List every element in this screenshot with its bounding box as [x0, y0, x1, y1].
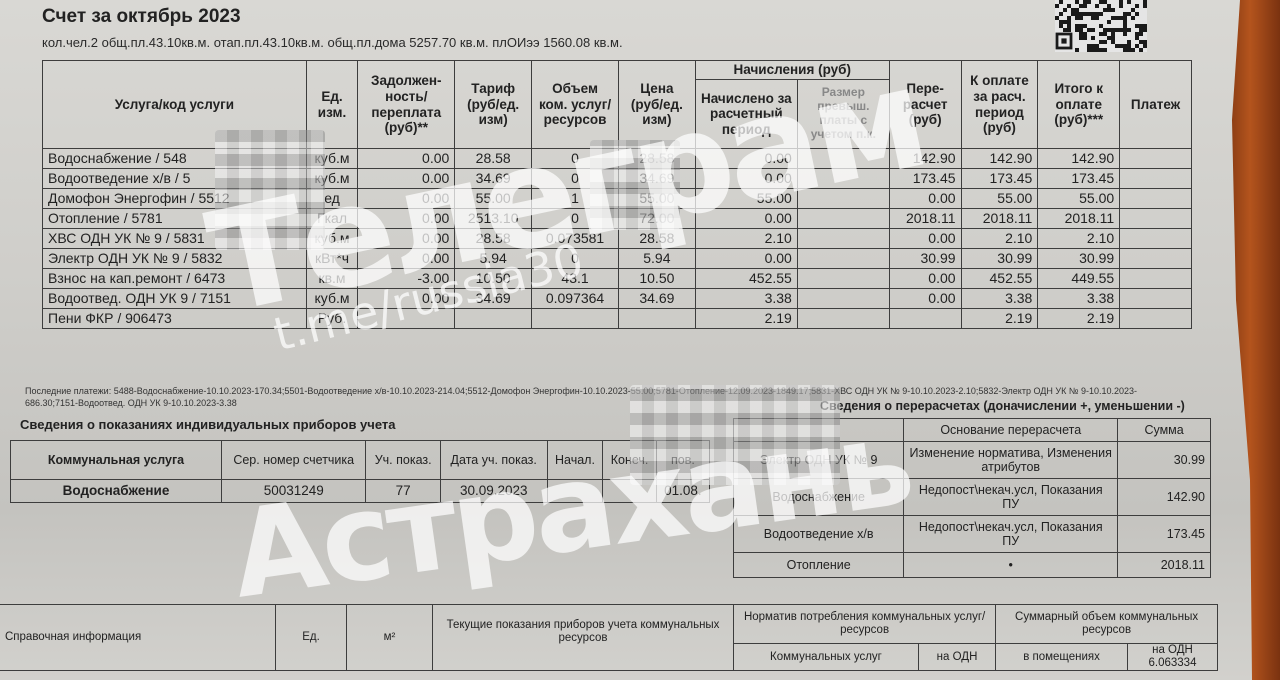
cell-payment — [1120, 149, 1192, 169]
privacy-blur — [590, 140, 680, 230]
cell-total: 2018.11 — [1038, 209, 1120, 229]
cell-payment — [1120, 309, 1192, 329]
cell-service: Водоотвед. ОДН УК 9 / 7151 — [43, 289, 307, 309]
ref-col-total-volume: Суммарный объем коммунальных ресурсов — [996, 605, 1218, 644]
cell-volume: 0.073581 — [532, 229, 619, 249]
col-payment: Платеж — [1120, 61, 1192, 149]
cell-excess — [797, 189, 889, 209]
cell-to-pay: 55.00 — [961, 189, 1038, 209]
cell-volume: 0 — [532, 249, 619, 269]
table-row: Отопление•2018.11 — [734, 553, 1211, 578]
cell-tariff: 2513.10 — [455, 209, 532, 229]
cell-tariff: 28.58 — [455, 229, 532, 249]
cell-charged: 0.00 — [695, 169, 797, 189]
ref-col-unit: Ед. — [276, 605, 347, 671]
cell-price: 5.94 — [618, 249, 695, 269]
cell-service: Взнос на кап.ремонт / 6473 — [43, 269, 307, 289]
cell-volume: 0.097364 — [532, 289, 619, 309]
cell-excess — [797, 269, 889, 289]
cell-to-pay: 142.90 — [961, 149, 1038, 169]
col-tariff: Тариф (руб/ед. изм) — [455, 61, 532, 149]
cell-charged: 2.10 — [695, 229, 797, 249]
cell-charged: 452.55 — [695, 269, 797, 289]
col-debt: Задолжен-ность/ переплата (руб)** — [358, 61, 455, 149]
cell-payment — [1120, 249, 1192, 269]
ref-norm-sub-2: на ОДН — [918, 644, 995, 671]
cell-total: 30.99 — [1038, 249, 1120, 269]
cell-total: 142.90 — [1038, 149, 1120, 169]
cell-to-pay: 2018.11 — [961, 209, 1038, 229]
cell-charged: 0.00 — [695, 249, 797, 269]
cell-charged: 0.00 — [695, 149, 797, 169]
bill-paper: Счет за октябрь 2023 кол.чел.2 общ.пл.43… — [0, 0, 1252, 680]
col-volume: Объем ком. услуг/ ресурсов — [532, 61, 619, 149]
cell-recalc: 30.99 — [889, 249, 961, 269]
reference-table: Справочная информация Ед. м² Текущие пок… — [0, 604, 1218, 671]
col-group-charges: Начисления (руб) — [695, 61, 889, 80]
cell-excess — [797, 169, 889, 189]
cell-excess — [797, 249, 889, 269]
cell-price: 28.58 — [618, 229, 695, 249]
cell-charged: 55.00 — [695, 189, 797, 209]
ref-total-sub-2: на ОДН6.063334 — [1127, 644, 1217, 671]
cell-tariff: 34.69 — [455, 169, 532, 189]
cell-charged: 2.19 — [695, 309, 797, 329]
cell-recalc: 0.00 — [889, 229, 961, 249]
cell-total: 3.38 — [1038, 289, 1120, 309]
recalc-title: Сведения о перерасчетах (доначислении +,… — [820, 399, 1185, 413]
cell-debt: 0.00 — [358, 209, 455, 229]
cell-payment — [1120, 269, 1192, 289]
recalc-cell-sum: 173.45 — [1118, 516, 1211, 553]
cell-service: Пени ФКР / 906473 — [43, 309, 307, 329]
cell-total: 55.00 — [1038, 189, 1120, 209]
meter-cell: 50031249 — [222, 480, 366, 503]
cell-payment — [1120, 189, 1192, 209]
cell-recalc: 2018.11 — [889, 209, 961, 229]
bill-subtitle: кол.чел.2 общ.пл.43.10кв.м. отап.пл.43.1… — [42, 35, 623, 50]
ref-odn-value: 6.063334 — [1149, 657, 1197, 669]
meter-col-0: Коммунальная услуга — [11, 441, 222, 480]
cell-to-pay: 452.55 — [961, 269, 1038, 289]
meter-col-4: Начал. — [547, 441, 603, 480]
cell-unit: кв.м — [306, 269, 358, 289]
cell-debt: 0.00 — [358, 149, 455, 169]
recalc-cell-service: Отопление — [734, 553, 904, 578]
recalc-cell-sum: 2018.11 — [1118, 553, 1211, 578]
cell-payment — [1120, 229, 1192, 249]
cell-to-pay: 30.99 — [961, 249, 1038, 269]
table-row: Электр ОДН УК № 9 / 5832кВт*ч0.005.9405.… — [43, 249, 1192, 269]
cell-recalc: 0.00 — [889, 189, 961, 209]
cell-recalc: 142.90 — [889, 149, 961, 169]
cell-excess — [797, 209, 889, 229]
qr-code-icon — [1055, 0, 1147, 52]
cell-tariff: 28.58 — [455, 149, 532, 169]
bill-title: Счет за октябрь 2023 — [42, 6, 241, 28]
cell-total: 2.19 — [1038, 309, 1120, 329]
cell-debt: 0.00 — [358, 249, 455, 269]
cell-debt: 0.00 — [358, 189, 455, 209]
ref-total-sub-1: в помещениях — [996, 644, 1128, 671]
meters-title: Сведения о показаниях индивидуальных при… — [20, 417, 395, 432]
cell-charged: 0.00 — [695, 209, 797, 229]
cell-volume: 43.1 — [532, 269, 619, 289]
cell-debt: 0.00 — [358, 289, 455, 309]
recalc-cell-reason: Недопост\некач.усл, Показания ПУ — [904, 479, 1118, 516]
recalc-cell-reason: Недопост\некач.усл, Показания ПУ — [904, 516, 1118, 553]
cell-to-pay: 3.38 — [961, 289, 1038, 309]
cell-price — [618, 309, 695, 329]
table-row: Взнос на кап.ремонт / 6473кв.м-3.0010.50… — [43, 269, 1192, 289]
cell-service: Электр ОДН УК № 9 / 5832 — [43, 249, 307, 269]
meter-col-3: Дата уч. показ. — [440, 441, 547, 480]
cell-tariff: 5.94 — [455, 249, 532, 269]
cell-debt: -3.00 — [358, 269, 455, 289]
col-recalc: Пере-расчет (руб) — [889, 61, 961, 149]
table-row: Водоснабжение500312497730.09.202301.08. — [11, 480, 710, 503]
cell-excess — [797, 229, 889, 249]
col-charged: Начислено за расчетный период — [695, 80, 797, 149]
recalc-cell-reason: Изменение норматива, Изменения атрибутов — [904, 442, 1118, 479]
col-to-pay: К оплате за расч. период (руб) — [961, 61, 1038, 149]
cell-unit: Руб. — [306, 309, 358, 329]
recalc-col-1: Основание перерасчета — [904, 419, 1118, 442]
cell-tariff — [455, 309, 532, 329]
cell-excess — [797, 289, 889, 309]
col-total: Итого к оплате (руб)*** — [1038, 61, 1120, 149]
recalc-cell-service: Водоотведение х/в — [734, 516, 904, 553]
cell-price: 10.50 — [618, 269, 695, 289]
meter-cell: 77 — [366, 480, 440, 503]
ref-col-norm: Норматив потребления коммунальных услуг/… — [734, 605, 996, 644]
privacy-blur — [215, 130, 325, 250]
cell-total: 2.10 — [1038, 229, 1120, 249]
recalc-cell-sum: 142.90 — [1118, 479, 1211, 516]
cell-total: 449.55 — [1038, 269, 1120, 289]
cell-tariff: 34.69 — [455, 289, 532, 309]
cell-recalc: 173.45 — [889, 169, 961, 189]
cell-to-pay: 173.45 — [961, 169, 1038, 189]
cell-excess — [797, 149, 889, 169]
cell-price: 34.69 — [618, 289, 695, 309]
ref-col-current-readings: Текущие показания приборов учета коммуна… — [433, 605, 734, 671]
col-excess: Размер превыш. платы с учетом п.к. — [797, 80, 889, 149]
table-row: Водоотвед. ОДН УК 9 / 7151куб.м0.0034.69… — [43, 289, 1192, 309]
recalc-cell-sum: 30.99 — [1118, 442, 1211, 479]
cell-to-pay: 2.19 — [961, 309, 1038, 329]
meter-col-2: Уч. показ. — [366, 441, 440, 480]
cell-debt — [358, 309, 455, 329]
cell-tariff: 10.50 — [455, 269, 532, 289]
cell-recalc: 0.00 — [889, 269, 961, 289]
recalc-col-2: Сумма — [1118, 419, 1211, 442]
ref-col-3: м² — [347, 605, 433, 671]
cell-payment — [1120, 289, 1192, 309]
cell-charged: 3.38 — [695, 289, 797, 309]
reference-title: Справочная информация — [5, 631, 141, 643]
recalc-cell-reason: • — [904, 553, 1118, 578]
meter-cell: 30.09.2023 — [440, 480, 547, 503]
cell-payment — [1120, 209, 1192, 229]
cell-excess — [797, 309, 889, 329]
cell-debt: 0.00 — [358, 229, 455, 249]
meter-col-1: Сер. номер счетчика — [222, 441, 366, 480]
cell-recalc: 0.00 — [889, 289, 961, 309]
table-row: Пени ФКР / 906473Руб.2.192.192.19 — [43, 309, 1192, 329]
ref-norm-sub-1: Коммунальных услуг — [734, 644, 919, 671]
cell-tariff: 55.00 — [455, 189, 532, 209]
meter-cell: Водоснабжение — [11, 480, 222, 503]
col-price: Цена (руб/ед. изм) — [618, 61, 695, 149]
cell-to-pay: 2.10 — [961, 229, 1038, 249]
cell-payment — [1120, 169, 1192, 189]
privacy-blur — [630, 385, 840, 485]
cell-total: 173.45 — [1038, 169, 1120, 189]
meters-table: Коммунальная услугаСер. номер счетчикаУч… — [10, 440, 710, 503]
cell-unit: кВт*ч — [306, 249, 358, 269]
meter-cell — [547, 480, 603, 503]
cell-debt: 0.00 — [358, 169, 455, 189]
cell-unit: куб.м — [306, 289, 358, 309]
cell-volume — [532, 309, 619, 329]
table-row: Водоотведение х/вНедопост\некач.усл, Пок… — [734, 516, 1211, 553]
cell-recalc — [889, 309, 961, 329]
